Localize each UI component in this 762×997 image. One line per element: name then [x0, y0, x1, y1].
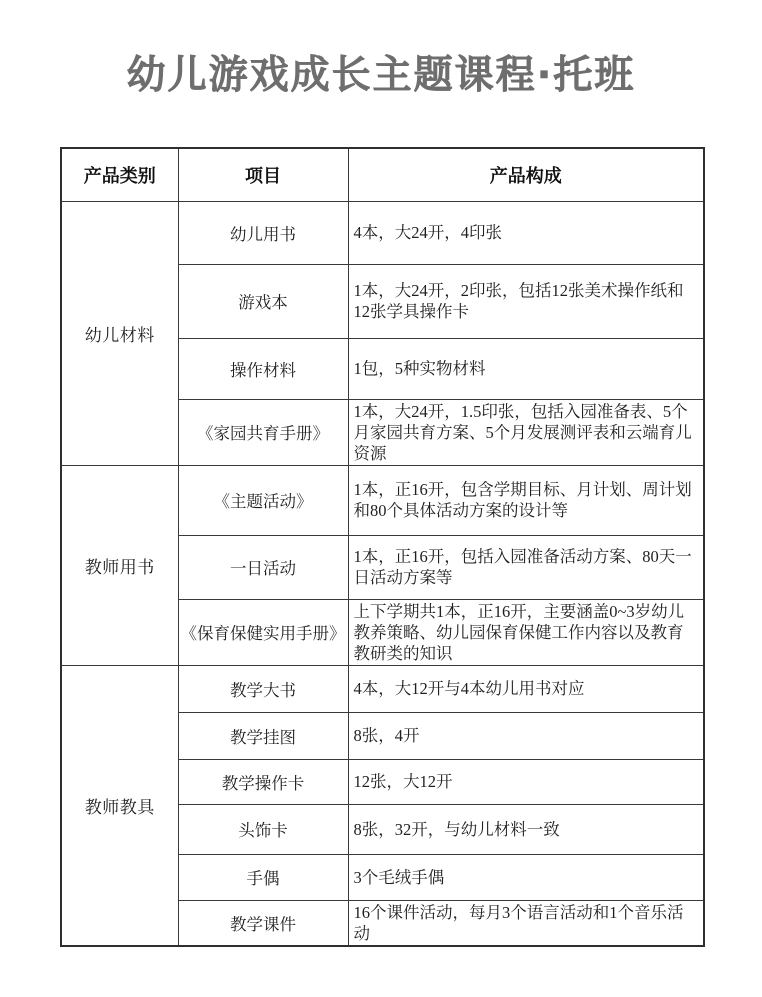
item-cell: 《保育保健实用手册》	[178, 599, 348, 665]
composition-cell: 4本，大24开，4印张	[348, 201, 704, 264]
table-row: 幼儿材料 幼儿用书 4本，大24开，4印张	[61, 201, 704, 264]
table-row: 教师教具 教学大书 4本，大12开与4本幼儿用书对应	[61, 665, 704, 712]
composition-cell: 12张，大12开	[348, 759, 704, 804]
item-cell: 操作材料	[178, 338, 348, 399]
item-cell: 《家园共育手册》	[178, 399, 348, 465]
item-cell: 教学操作卡	[178, 759, 348, 804]
composition-cell: 3个毛绒手偶	[348, 854, 704, 900]
composition-cell: 上下学期共1本，正16开，主要涵盖0~3岁幼儿教养策略、幼儿园保育保健工作内容以…	[348, 599, 704, 665]
item-cell: 教学挂图	[178, 712, 348, 759]
composition-cell: 1本，正16开，包含学期目标、月计划、周计划和80个具体活动方案的设计等	[348, 465, 704, 535]
item-cell: 教学大书	[178, 665, 348, 712]
item-cell: 《主题活动》	[178, 465, 348, 535]
composition-cell: 8张，32开，与幼儿材料一致	[348, 804, 704, 854]
table-row: 教师用书 《主题活动》 1本，正16开，包含学期目标、月计划、周计划和80个具体…	[61, 465, 704, 535]
category-cell: 教师教具	[61, 665, 178, 946]
item-cell: 手偶	[178, 854, 348, 900]
header-composition: 产品构成	[348, 148, 704, 201]
category-cell: 教师用书	[61, 465, 178, 665]
composition-cell: 1本，大24开，2印张，包括12张美术操作纸和12张学具操作卡	[348, 264, 704, 338]
item-cell: 头饰卡	[178, 804, 348, 854]
product-composition-table: 产品类别 项目 产品构成 幼儿材料 幼儿用书 4本，大24开，4印张 游戏本 1…	[60, 147, 705, 947]
composition-cell: 1包，5种实物材料	[348, 338, 704, 399]
item-cell: 教学课件	[178, 900, 348, 946]
item-cell: 一日活动	[178, 535, 348, 599]
page-title: 幼儿游戏成长主题课程·托班	[0, 44, 762, 100]
composition-cell: 1本，正16开，包括入园准备活动方案、80天一日活动方案等	[348, 535, 704, 599]
category-cell: 幼儿材料	[61, 201, 178, 465]
item-cell: 游戏本	[178, 264, 348, 338]
composition-cell: 16个课件活动，每月3个语言活动和1个音乐活动	[348, 900, 704, 946]
item-cell: 幼儿用书	[178, 201, 348, 264]
table-header-row: 产品类别 项目 产品构成	[61, 148, 704, 201]
composition-cell: 1本，大24开，1.5印张，包括入园准备表、5个月家园共育方案、5个月发展测评表…	[348, 399, 704, 465]
composition-cell: 8张，4开	[348, 712, 704, 759]
composition-cell: 4本，大12开与4本幼儿用书对应	[348, 665, 704, 712]
header-category: 产品类别	[61, 148, 178, 201]
header-item: 项目	[178, 148, 348, 201]
